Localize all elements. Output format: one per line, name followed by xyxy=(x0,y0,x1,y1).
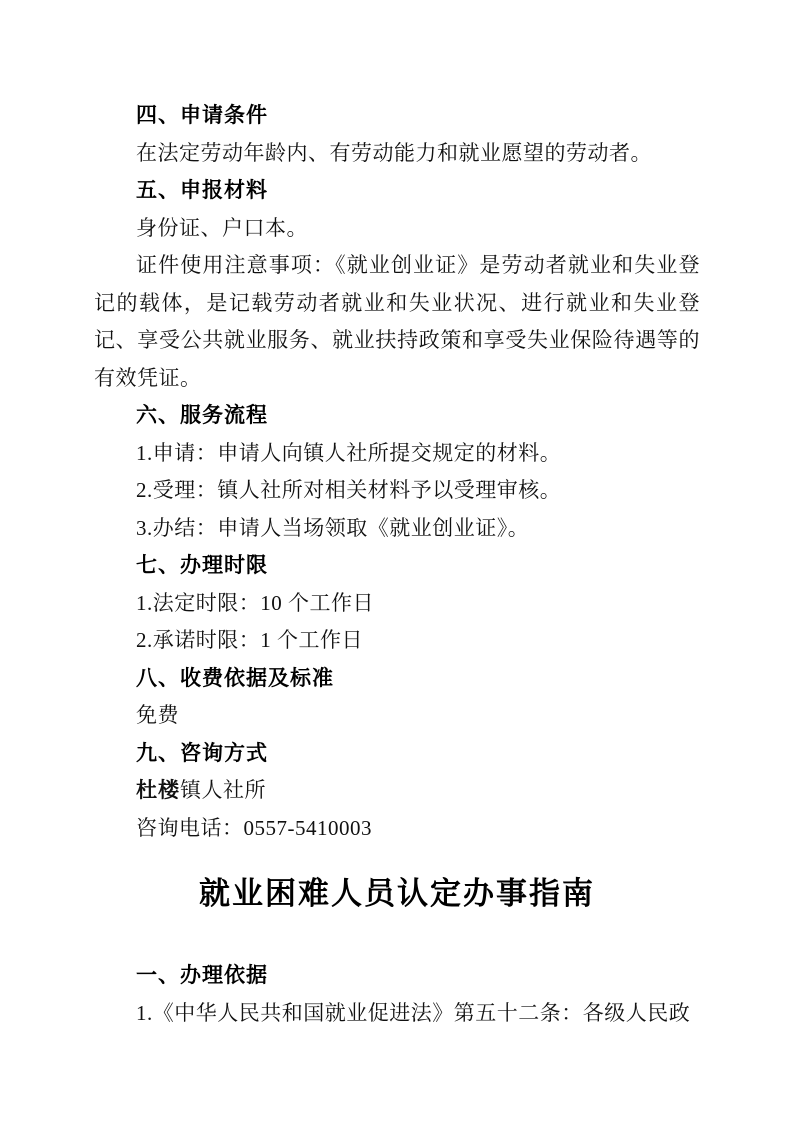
section-heading: 九、咨询方式 xyxy=(94,735,700,773)
paragraph: 2.受理：镇人社所对相关材料予以受理审核。 xyxy=(94,472,700,510)
paragraph: 证件使用注意事项：《就业创业证》是劳动者就业和失业登记的载体，是记载劳动者就业和… xyxy=(94,247,700,397)
text-run: 镇人社所 xyxy=(180,778,266,802)
document-page: 四、申请条件在法定劳动年龄内、有劳动能力和就业愿望的劳动者。五、申报材料身份证、… xyxy=(0,0,793,1122)
paragraph: 在法定劳动年龄内、有劳动能力和就业愿望的劳动者。 xyxy=(94,135,700,173)
paragraph: 身份证、户口本。 xyxy=(94,210,700,248)
paragraph: 咨询电话：0557-5410003 xyxy=(94,810,700,848)
section-heading: 八、收费依据及标准 xyxy=(94,660,700,698)
document-title: 就业困难人员认定办事指南 xyxy=(94,865,700,923)
bold-text-run: 杜楼 xyxy=(136,779,180,802)
section-heading: 七、办理时限 xyxy=(94,547,700,585)
section-heading: 五、申报材料 xyxy=(94,172,700,210)
section-heading: 六、服务流程 xyxy=(94,397,700,435)
paragraph: 2.承诺时限：1 个工作日 xyxy=(94,622,700,660)
paragraph: 1.《中华人民共和国就业促进法》第五十二条：各级人民政 xyxy=(94,995,700,1033)
paragraph: 1.申请：申请人向镇人社所提交规定的材料。 xyxy=(94,435,700,473)
paragraph: 杜楼镇人社所 xyxy=(94,772,700,810)
paragraph: 3.办结：申请人当场领取《就业创业证》。 xyxy=(94,510,700,548)
section-heading: 一、办理依据 xyxy=(94,957,700,995)
paragraph: 1.法定时限：10 个工作日 xyxy=(94,585,700,623)
document-body: 四、申请条件在法定劳动年龄内、有劳动能力和就业愿望的劳动者。五、申报材料身份证、… xyxy=(94,97,700,1032)
section-heading: 四、申请条件 xyxy=(94,97,700,135)
paragraph: 免费 xyxy=(94,697,700,735)
